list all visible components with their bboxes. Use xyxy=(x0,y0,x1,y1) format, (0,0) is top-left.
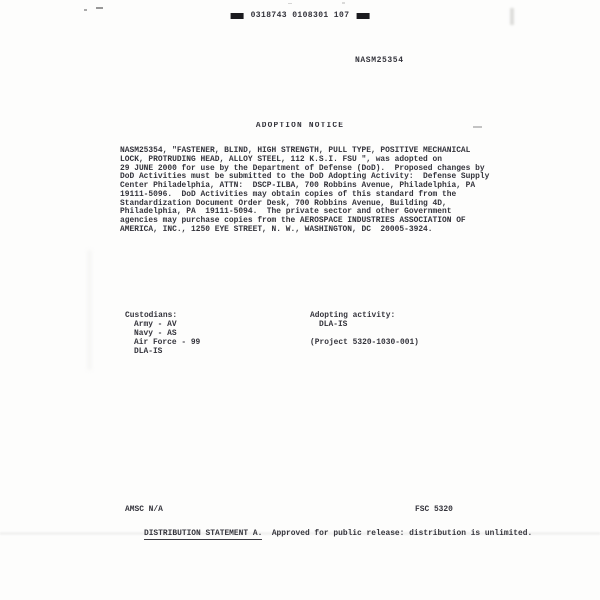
scan-artifact-speck xyxy=(288,3,292,4)
scan-artifact-dot xyxy=(84,9,87,11)
custodian-army: Army - AV xyxy=(125,320,200,329)
scan-artifact-dash xyxy=(96,7,103,9)
scan-code-text: 0318743 0108301 107 xyxy=(251,11,350,20)
adopting-activity-heading: Adopting activity: xyxy=(310,311,419,320)
fsc-code: FSC 5320 xyxy=(415,505,453,514)
barcode-block-left-icon xyxy=(231,13,244,19)
custodians-block: Custodians: Army - AV Navy - AS Air Forc… xyxy=(125,311,200,356)
document-number: NASM25354 xyxy=(355,56,404,65)
amsc-code: AMSC N/A xyxy=(125,505,163,514)
scan-artifact-shadow xyxy=(88,250,91,370)
scan-artifact-speck xyxy=(342,2,345,4)
custodians-heading: Custodians: xyxy=(125,311,200,320)
scan-artifact-smudge xyxy=(510,8,514,25)
paragraph-line: AMERICA, INC., 1250 EYE STREET, N. W., W… xyxy=(120,226,489,235)
adoption-notice-paragraph: NASM25354, "FASTENER, BLIND, HIGH STRENG… xyxy=(120,147,489,235)
page-title: ADOPTION NOTICE xyxy=(0,122,600,130)
scanned-document-page: 0318743 0108301 107 NASM25354 ADOPTION N… xyxy=(0,0,600,600)
distribution-statement-label: DISTRIBUTION STATEMENT A. xyxy=(144,529,262,540)
distribution-statement: DISTRIBUTION STATEMENT A. Approved for p… xyxy=(125,520,532,547)
custodian-dla: DLA-IS xyxy=(125,347,200,356)
project-number: (Project 5320-1030-001) xyxy=(310,338,419,347)
adopting-activity-value: DLA-IS xyxy=(310,320,419,329)
barcode-block-right-icon xyxy=(356,13,369,19)
custodian-air-force: Air Force - 99 xyxy=(125,338,200,347)
scan-header-code: 0318743 0108301 107 xyxy=(231,11,370,20)
custodian-navy: Navy - AS xyxy=(125,329,200,338)
distribution-statement-text: Approved for public release: distributio… xyxy=(262,529,532,538)
adopting-activity-block: Adopting activity: DLA-IS (Project 5320-… xyxy=(310,311,419,347)
